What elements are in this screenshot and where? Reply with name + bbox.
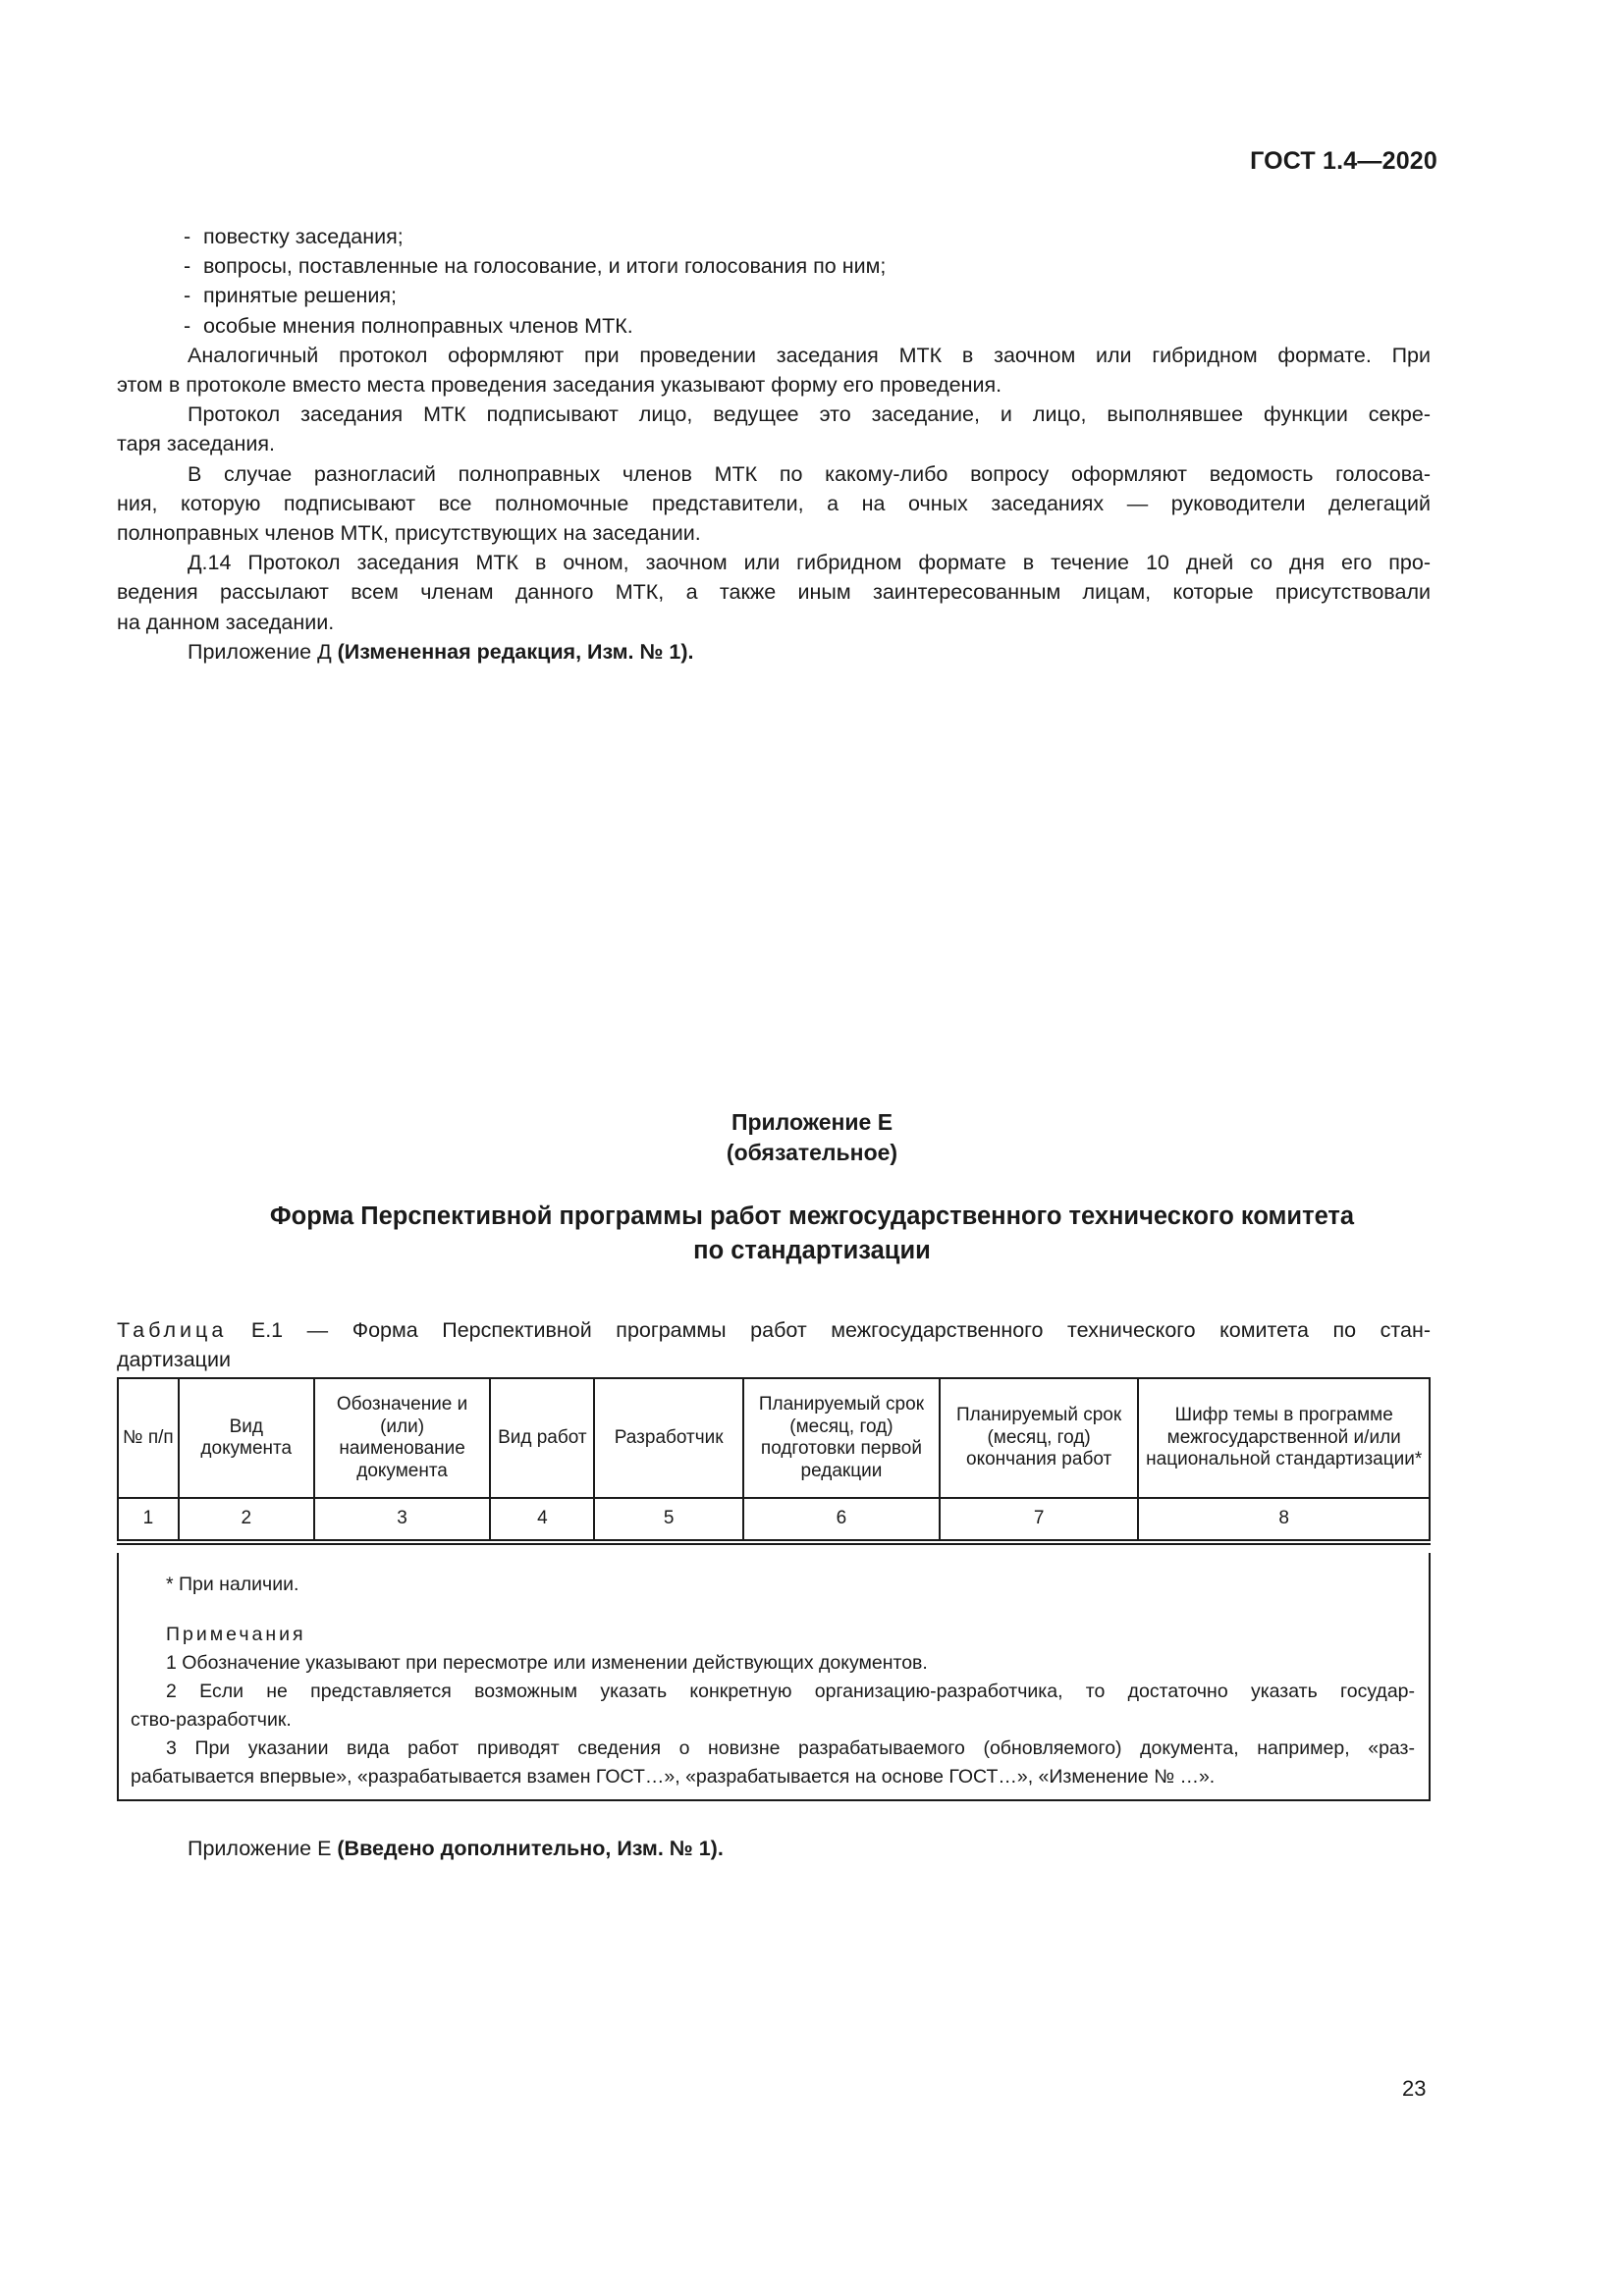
note-2: 2 Если не представляется возможным указа… — [131, 1678, 1415, 1706]
list-item: -особые мнения полноправных членов МТК. — [117, 311, 1431, 341]
form-title: Форма Перспективной программы работ межг… — [0, 1200, 1624, 1234]
col-header-developer: Разработчик — [594, 1378, 743, 1498]
appendix-title: Приложение Е — [0, 1107, 1624, 1138]
table-footnote: * При наличии. — [131, 1571, 1415, 1599]
paragraph-line: на данном заседании. — [117, 608, 1431, 637]
appendix-status: (обязательное) — [0, 1138, 1624, 1168]
col-header-first-draft-date: Планируемый срок (месяц, год) подготовки… — [743, 1378, 940, 1498]
page-number: 23 — [1402, 2076, 1426, 2102]
column-number: 2 — [179, 1498, 314, 1542]
col-header-work-type: Вид работ — [490, 1378, 594, 1498]
paragraph-line: Д.14 Протокол заседания МТК в очном, зао… — [117, 548, 1431, 577]
program-form-table: № п/п Вид документа Обозначение и (или) … — [117, 1377, 1431, 1545]
note-1: 1 Обозначение указывают при пересмотре и… — [131, 1649, 1415, 1678]
body-section: -повестку заседания; -вопросы, поставлен… — [117, 222, 1431, 667]
paragraph-line: Протокол заседания МТК подписывают лицо,… — [117, 400, 1431, 429]
col-header-number: № п/п — [118, 1378, 179, 1498]
document-code: ГОСТ 1.4—2020 — [1250, 147, 1437, 176]
column-number: 8 — [1138, 1498, 1430, 1542]
column-number: 7 — [940, 1498, 1139, 1542]
col-header-completion-date: Планируемый срок (месяц, год) окончания … — [940, 1378, 1139, 1498]
col-header-doc-type: Вид документа — [179, 1378, 314, 1498]
paragraph-line: В случае разногласий полноправных членов… — [117, 459, 1431, 489]
paragraph-line: таря заседания. — [117, 429, 1431, 458]
col-header-topic-code: Шифр темы в программе межгосударственной… — [1138, 1378, 1430, 1498]
paragraph-line: полноправных членов МТК, присутствующих … — [117, 518, 1431, 548]
column-number: 3 — [314, 1498, 491, 1542]
note-2-cont: ство-разработчик. — [131, 1706, 1415, 1735]
table-caption-label: Таблица — [117, 1318, 227, 1342]
note-3-cont: рабатывается впервые», «разрабатывается … — [131, 1763, 1415, 1791]
paragraph-line: ведения рассылают всем членам данного МТ… — [117, 577, 1431, 607]
list-item: -повестку заседания; — [117, 222, 1431, 251]
notes-label: Примечания — [131, 1621, 1415, 1649]
column-number-row: 1 2 3 4 5 6 7 8 — [118, 1498, 1430, 1542]
paragraph-line: ния, которую подписывают все полномочные… — [117, 489, 1431, 518]
appendix-d-amendment-note: Приложение Д (Измененная редакция, Изм. … — [117, 637, 1431, 667]
table-caption: Таблица Е.1 — Форма Перспективной програ… — [117, 1315, 1431, 1374]
col-header-designation: Обозначение и (или) наименование докумен… — [314, 1378, 491, 1498]
table-header-row: № п/п Вид документа Обозначение и (или) … — [118, 1378, 1430, 1498]
column-number: 4 — [490, 1498, 594, 1542]
paragraph-line: этом в протоколе вместо места проведения… — [117, 370, 1431, 400]
note-3: 3 При указании вида работ приводят сведе… — [131, 1735, 1415, 1763]
column-number: 5 — [594, 1498, 743, 1542]
list-item: -принятые решения; — [117, 281, 1431, 310]
form-title-cont: по стандартизации — [0, 1234, 1624, 1268]
table-notes: * При наличии. Примечания 1 Обозначение … — [117, 1553, 1431, 1801]
list-item: -вопросы, поставленные на голосование, и… — [117, 251, 1431, 281]
appendix-e-amendment: Приложение Е (Введено дополнительно, Изм… — [117, 1834, 1431, 1863]
column-number: 6 — [743, 1498, 940, 1542]
paragraph-line: Аналогичный протокол оформляют при прове… — [117, 341, 1431, 370]
column-number: 1 — [118, 1498, 179, 1542]
